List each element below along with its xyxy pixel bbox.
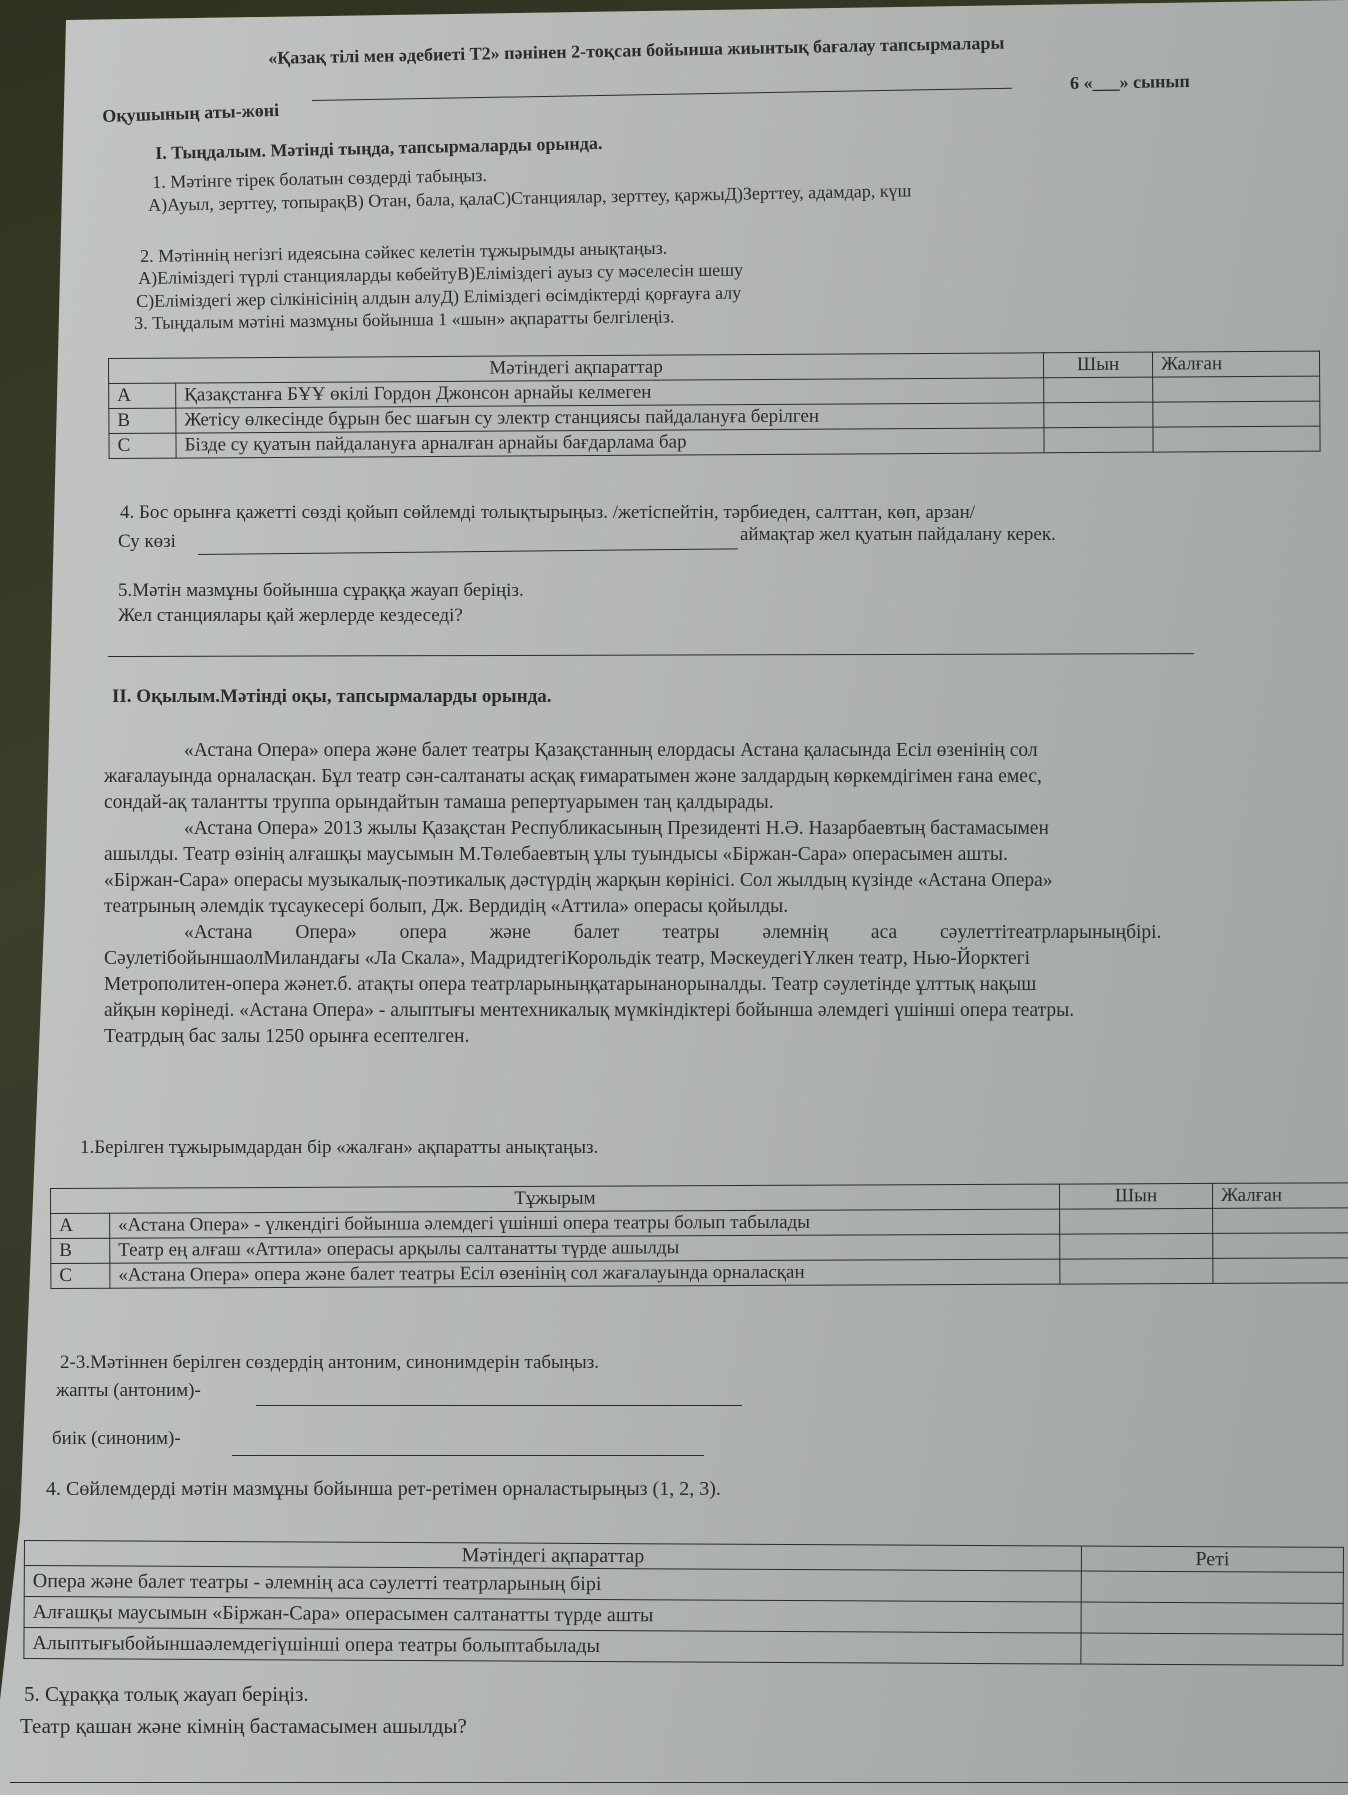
reading-q5-question: 5. Сұраққа толық жауап беріңіз.	[24, 1682, 309, 1707]
reading-true-false-table: Тұжырым Шын Жалған А «Астана Опера» - үл…	[50, 1182, 1348, 1289]
row-letter: В	[109, 408, 176, 433]
false-checkbox-cell[interactable]	[1153, 426, 1320, 452]
row-statement: «Астана Опера» опера және балет театры Е…	[110, 1259, 1060, 1288]
antonym-label: жапты (антоним)-	[56, 1380, 201, 1402]
true-checkbox-cell[interactable]	[1044, 427, 1153, 453]
reading-q1-question: 1.Берілген тұжырымдардан бір «жалған» ақ…	[80, 1137, 598, 1159]
text-line: театрының әлемдік тұсаукесері болып, Дж.…	[104, 894, 1348, 920]
synonym-label: биік (синоним)-	[52, 1428, 181, 1450]
q4-suffix: аймақтар жел қуатын пайдалану керек.	[740, 524, 1056, 546]
false-checkbox-cell[interactable]	[1213, 1208, 1348, 1234]
false-checkbox-cell[interactable]	[1153, 376, 1320, 402]
listening-true-false-table: Мәтіндегі ақпараттар Шын Жалған А Қазақс…	[108, 351, 1321, 459]
q4-prefix: Су көзі	[118, 531, 176, 553]
text-line: сондай-ақ талантты труппа орындайтын там…	[104, 790, 1348, 816]
row-letter: С	[51, 1263, 110, 1288]
text-line: ашылды. Театр өзінің алғашқы маусымын М.…	[104, 842, 1348, 868]
text-line: «Астана Опера» опера және балет театры Қ…	[104, 738, 1348, 764]
row-letter: А	[51, 1213, 110, 1238]
false-checkbox-cell[interactable]	[1213, 1258, 1348, 1284]
reading-text: «Астана Опера» опера және балет театры Қ…	[104, 738, 1348, 1050]
true-checkbox-cell[interactable]	[1044, 377, 1153, 403]
table-header-true: Шын	[1059, 1183, 1212, 1209]
reading-q23-question: 2-3.Мәтіннен берілген сөздердің антоним,…	[60, 1352, 599, 1374]
antonym-answer-field[interactable]	[256, 1405, 742, 1406]
order-input-cell[interactable]	[1081, 1633, 1343, 1665]
q5-question: 5.Мәтін мазмұны бойынша сұраққа жауап бе…	[118, 580, 524, 602]
order-input-cell[interactable]	[1081, 1602, 1343, 1634]
synonym-answer-field[interactable]	[232, 1455, 704, 1456]
text-line: Театрдың бас залы 1250 орынға есептелген…	[104, 1024, 1348, 1050]
table-header-order: Реті	[1081, 1546, 1343, 1572]
row-letter: С	[109, 433, 176, 458]
true-checkbox-cell[interactable]	[1060, 1258, 1213, 1284]
false-checkbox-cell[interactable]	[1213, 1233, 1348, 1259]
reading-q5-answer-line[interactable]	[10, 1782, 1348, 1783]
true-checkbox-cell[interactable]	[1044, 402, 1153, 428]
table-row: С «Астана Опера» опера және балет театры…	[51, 1258, 1348, 1289]
false-checkbox-cell[interactable]	[1153, 401, 1320, 427]
row-letter: В	[51, 1238, 110, 1263]
table-header-true: Шын	[1043, 352, 1152, 378]
text-line: «Астана Опера» опера және балет театры ә…	[104, 920, 1348, 946]
text-line: «Астана Опера» 2013 жылы Қазақстан Респу…	[104, 816, 1348, 842]
true-checkbox-cell[interactable]	[1060, 1233, 1213, 1259]
table-header-false: Жалған	[1212, 1183, 1348, 1209]
order-input-cell[interactable]	[1081, 1571, 1343, 1603]
text-line: СәулетібойыншаолМиландағы «Ла Скала», Ма…	[104, 946, 1348, 972]
text-line: айқын көрінеді. «Астана Опера» - алыптығ…	[104, 998, 1348, 1024]
true-checkbox-cell[interactable]	[1060, 1208, 1213, 1234]
text-line: жағалауында орналасқан. Бұл театр сән-са…	[104, 764, 1348, 790]
row-statement: Бізде су қуатын пайдалануға арналған арн…	[176, 428, 1044, 458]
row-letter: А	[109, 383, 176, 408]
text-line: «Біржан-Сара» операсы музыкалық-поэтикал…	[104, 868, 1348, 894]
q5-prompt: Жел станциялары қай жерлерде кездеседі?	[118, 605, 463, 627]
table-header-false: Жалған	[1152, 351, 1319, 377]
reading-q5-prompt: Театр қашан және кімнің бастамасымен ашы…	[20, 1714, 467, 1739]
order-table: Мәтіндегі ақпараттар Реті Опера және бал…	[23, 1540, 1344, 1666]
row-statement: Алыптығыбойыншаәлемдегіүшінші опера теат…	[24, 1628, 1081, 1665]
text-line: Метрополитен-опера жәнет.б. атақты опера…	[104, 972, 1348, 998]
q4-question: 4. Бос орынға қажетті сөзді қойып сөйлем…	[120, 502, 975, 524]
reading-q4-question: 4. Сөйлемдерді мәтін мазмұны бойынша рет…	[46, 1478, 721, 1501]
section2-heading: ІІ. Оқылым.Мәтінді оқы, тапсырмаларды ор…	[112, 686, 552, 708]
table-row: Алыптығыбойыншаәлемдегіүшінші опера теат…	[24, 1628, 1343, 1666]
class-label: 6 «___» сынып	[1070, 71, 1190, 94]
